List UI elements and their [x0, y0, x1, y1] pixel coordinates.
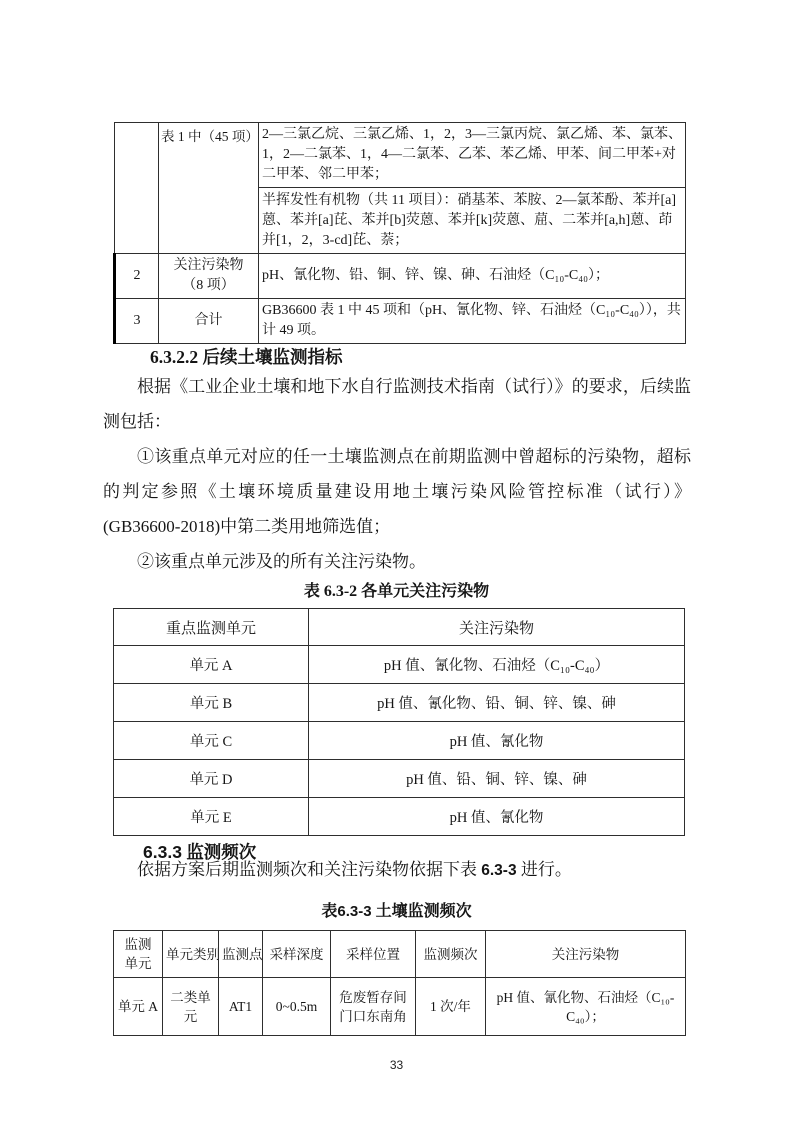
row-number-cell: 3	[115, 299, 159, 344]
pollutants-cell: pH 值、氰化物、石油烃（C₁₀-C₄₀）	[309, 646, 685, 684]
table-row: 单元 E pH 值、氰化物	[114, 798, 685, 836]
total-cell: GB36600 表 1 中 45 项和（pH、氰化物、锌、石油烃（C₁₀-C₄₀…	[259, 299, 686, 344]
table-header-row: 监测单元 单元类别 监测点 采样深度 采样位置 监测频次 关注污染物	[114, 931, 686, 978]
header-sample-location: 采样位置	[331, 931, 416, 978]
monitor-unit-cell: 单元 A	[114, 978, 163, 1036]
page-number: 33	[0, 1058, 793, 1072]
title-text: 土壤监测频次	[372, 903, 472, 920]
row-number-cell: 2	[115, 254, 159, 299]
paragraph: 根据《工业企业土壤和地下水自行监测技术指南（试行）》的要求，后续监测包括：	[103, 369, 691, 439]
unit-cell: 单元 E	[114, 798, 309, 836]
paragraph-text: 依据方案后期监测频次和关注污染物依据下表	[137, 860, 481, 879]
table-632-title: 表 6.3-2 各单元关注污染物	[0, 578, 793, 601]
frequency-cell: 1 次/年	[416, 978, 486, 1036]
svoc-list-cell: 半挥发性有机物（共 11 项目）：硝基苯、苯胺、2—氯苯酚、苯并[a]蒽、苯并[…	[259, 188, 686, 254]
table-row: 2 关注污染物 （8 项） pH、氰化物、铅、铜、锌、镍、砷、石油烃（C₁₀-C…	[115, 254, 686, 299]
header-unit: 重点监测单元	[114, 609, 309, 646]
unit-pollutants-table: 重点监测单元 关注污染物 单元 A pH 值、氰化物、石油烃（C₁₀-C₄₀） …	[113, 608, 685, 836]
header-monitor-point: 监测点	[219, 931, 263, 978]
pollutants-cell: pH、氰化物、铅、铜、锌、镍、砷、石油烃（C₁₀-C₄₀）；	[259, 254, 686, 299]
list-item-1: ①该重点单元对应的任一土壤监测点在前期监测中曾超标的污染物，超标的判定参照《土壤…	[103, 439, 691, 544]
header-pollutants: 关注污染物	[309, 609, 685, 646]
sample-depth-cell: 0~0.5m	[263, 978, 331, 1036]
unit-type-cell: 二类单元	[163, 978, 219, 1036]
table-row: 单元 D pH 值、铅、铜、锌、镍、砷	[114, 760, 685, 798]
soil-monitoring-frequency-table: 监测单元 单元类别 监测点 采样深度 采样位置 监测频次 关注污染物 单元 A …	[113, 930, 686, 1036]
unit-cell: 单元 B	[114, 684, 309, 722]
table-row: 单元 A 二类单元 AT1 0~0.5m 危废暂存间 门口东南角 1 次/年 p…	[114, 978, 686, 1036]
monitor-point-cell: AT1	[219, 978, 263, 1036]
table-row: 单元 B pH 值、氰化物、铅、铜、锌、镍、砷	[114, 684, 685, 722]
unit-cell: 单元 A	[114, 646, 309, 684]
unit-cell: 单元 D	[114, 760, 309, 798]
table-row: 表 1 中（45 项） 2—三氯乙烷、三氯乙烯、1，2，3—三氯丙烷、氯乙烯、苯…	[115, 123, 686, 188]
pollutant-index-table: 表 1 中（45 项） 2—三氯乙烷、三氯乙烯、1，2，3—三氯丙烷、氯乙烯、苯…	[113, 122, 686, 344]
table-header-row: 重点监测单元 关注污染物	[114, 609, 685, 646]
sample-location-cell: 危废暂存间 门口东南角	[331, 978, 416, 1036]
title-number: 6.3-3	[337, 903, 371, 920]
pollutants-cell: pH 值、氰化物、石油烃（C₁₀-C₄₀）；	[486, 978, 686, 1036]
unit-cell: 单元 C	[114, 722, 309, 760]
table-row: 单元 C pH 值、氰化物	[114, 722, 685, 760]
category-cell: 合计	[159, 299, 259, 344]
list-item-2: ②该重点单元涉及的所有关注污染物。	[103, 544, 691, 579]
pollutants-cell: pH 值、氰化物、铅、铜、锌、镍、砷	[309, 684, 685, 722]
voc-list-cell: 2—三氯乙烷、三氯乙烯、1，2，3—三氯丙烷、氯乙烯、苯、氯苯、1，2—二氯苯、…	[259, 123, 686, 188]
title-text: 表	[321, 903, 337, 920]
section-body-6322: 根据《工业企业土壤和地下水自行监测技术指南（试行）》的要求，后续监测包括： ①该…	[103, 369, 691, 579]
header-frequency: 监测频次	[416, 931, 486, 978]
section-heading-6322: 6.3.2.2 后续土壤监测指标	[150, 344, 343, 369]
table-633-title: 表6.3-3 土壤监测频次	[0, 898, 793, 921]
pollutants-cell: pH 值、铅、铜、锌、镍、砷	[309, 760, 685, 798]
pollutants-cell: pH 值、氰化物	[309, 722, 685, 760]
row-number-cell	[115, 123, 159, 254]
paragraph-text: 进行。	[517, 860, 572, 879]
pollutants-cell: pH 值、氰化物	[309, 798, 685, 836]
table-row: 3 合计 GB36600 表 1 中 45 项和（pH、氰化物、锌、石油烃（C₁…	[115, 299, 686, 344]
table-row: 单元 A pH 值、氰化物、石油烃（C₁₀-C₄₀）	[114, 646, 685, 684]
header-monitor-unit: 监测单元	[114, 931, 163, 978]
category-cell: 表 1 中（45 项）	[159, 123, 259, 254]
table-reference: 6.3-3	[481, 862, 516, 879]
header-sample-depth: 采样深度	[263, 931, 331, 978]
header-unit-type: 单元类别	[163, 931, 219, 978]
section-paragraph-633: 依据方案后期监测频次和关注污染物依据下表 6.3-3 进行。	[103, 858, 691, 883]
header-pollutants: 关注污染物	[486, 931, 686, 978]
document-page: 表 1 中（45 项） 2—三氯乙烷、三氯乙烯、1，2，3—三氯丙烷、氯乙烯、苯…	[0, 0, 793, 1122]
category-cell: 关注污染物 （8 项）	[159, 254, 259, 299]
